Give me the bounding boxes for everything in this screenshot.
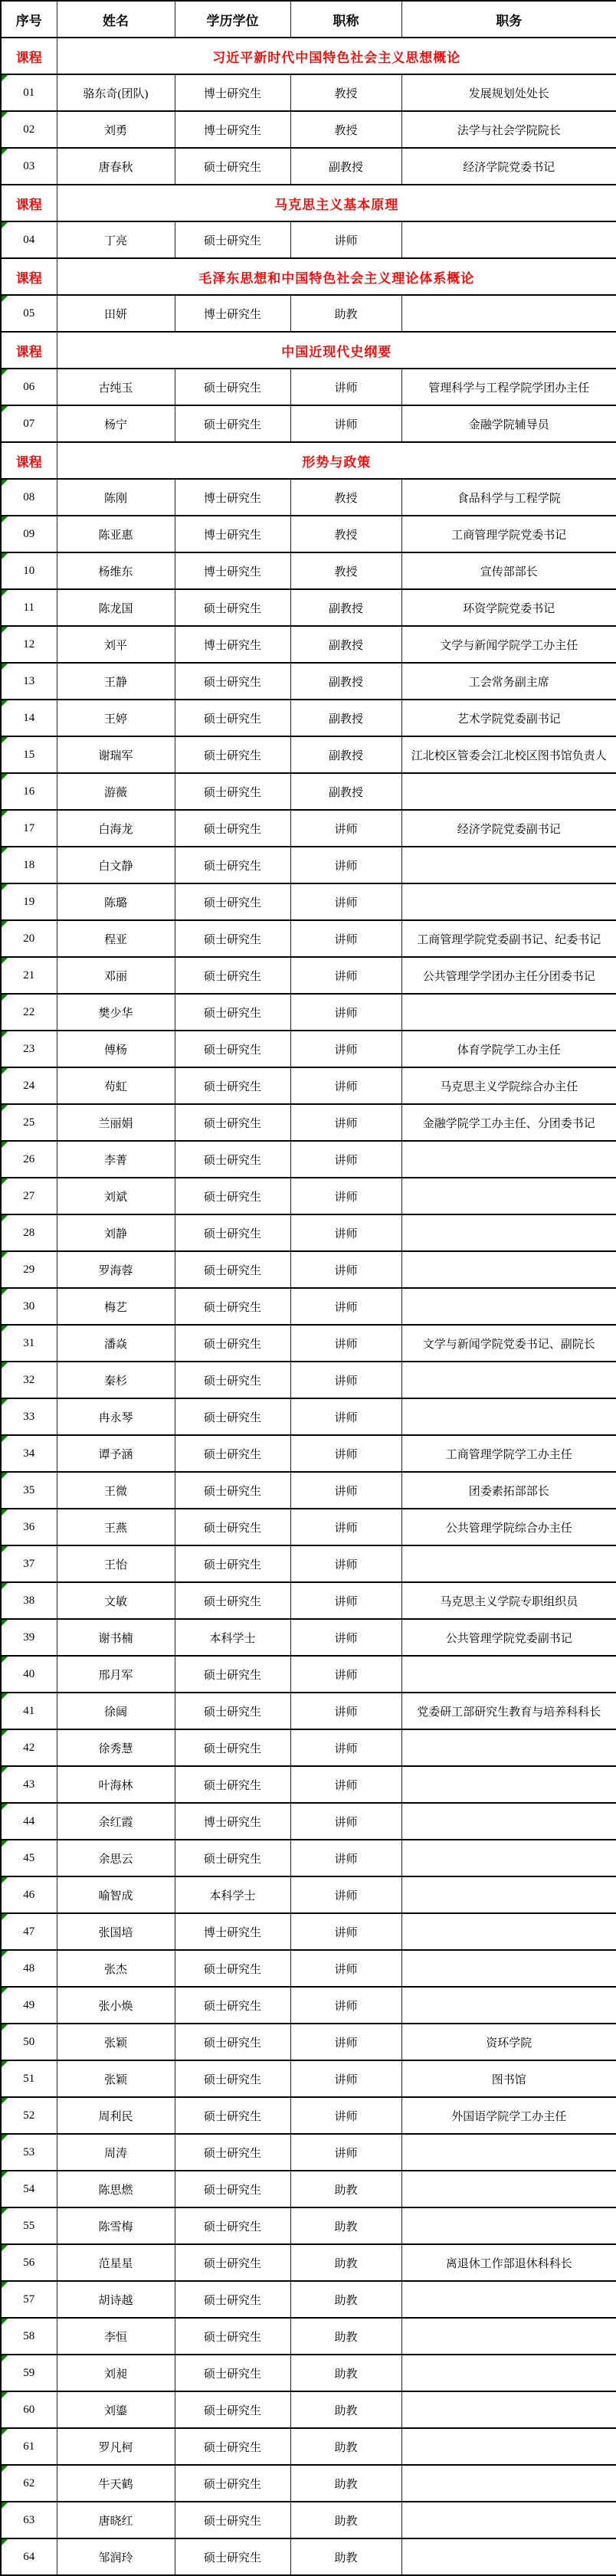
degree-cell: 硕士研究生 <box>175 1288 290 1325</box>
faculty-row: 61罗凡柯硕士研究生助教 <box>1 2428 616 2465</box>
faculty-row: 59刘昶硕士研究生助教 <box>1 2355 616 2391</box>
title-cell: 副教授 <box>290 663 401 700</box>
position-cell <box>401 2538 616 2575</box>
title-cell: 助教 <box>290 2391 401 2428</box>
error-marker-icon <box>2 2098 8 2104</box>
faculty-row: 29罗海蓉硕士研究生讲师 <box>1 1251 616 1288</box>
title-cell: 讲师 <box>290 369 401 405</box>
no-cell: 44 <box>1 1803 57 1840</box>
name-cell: 王静 <box>57 663 175 700</box>
position-cell <box>401 1251 616 1288</box>
faculty-row: 64邹润玲硕士研究生助教 <box>1 2538 616 2575</box>
position-cell <box>401 2391 616 2428</box>
position-cell <box>401 2281 616 2318</box>
faculty-row: 46喻智成本科学士讲师 <box>1 1876 616 1913</box>
title-cell: 副教授 <box>290 736 401 773</box>
name-cell: 兰丽娟 <box>57 1104 175 1141</box>
name-cell: 谢瑞军 <box>57 736 175 773</box>
error-marker-icon <box>2 149 8 155</box>
no-cell: 40 <box>1 1656 57 1693</box>
position-cell: 资环学院 <box>401 2024 616 2060</box>
title-cell: 讲师 <box>290 1913 401 1950</box>
degree-cell: 硕士研究生 <box>175 2391 290 2428</box>
no-cell: 28 <box>1 1214 57 1251</box>
no-cell: 64 <box>1 2538 57 2575</box>
degree-cell: 硕士研究生 <box>175 369 290 405</box>
course-row: 课程中国近现代史纲要 <box>1 332 616 369</box>
position-cell: 金融学院辅导员 <box>401 405 616 442</box>
error-marker-icon <box>2 884 8 890</box>
error-marker-icon <box>2 1657 8 1663</box>
title-cell: 讲师 <box>290 1656 401 1693</box>
error-marker-icon <box>2 1362 8 1368</box>
no-cell: 35 <box>1 1472 57 1509</box>
name-cell: 潘焱 <box>57 1325 175 1362</box>
table-header: 序号 姓名 学历学位 职称 职务 <box>1 1 616 38</box>
no-cell: 33 <box>1 1398 57 1435</box>
faculty-row: 27刘斌硕士研究生讲师 <box>1 1178 616 1214</box>
title-cell: 副教授 <box>290 773 401 810</box>
header-title: 职称 <box>290 1 401 38</box>
position-cell <box>401 1876 616 1913</box>
error-marker-icon <box>2 2429 8 2435</box>
name-cell: 李菁 <box>57 1141 175 1178</box>
faculty-row: 12刘平博士研究生副教授文学与新闻学院学工办主任 <box>1 626 616 663</box>
degree-cell: 硕士研究生 <box>175 2171 290 2207</box>
no-cell: 50 <box>1 2024 57 2060</box>
name-cell: 刘静 <box>57 1214 175 1251</box>
position-cell: 工商管理学院党委书记 <box>401 516 616 552</box>
degree-cell: 硕士研究生 <box>175 1251 290 1288</box>
degree-cell: 博士研究生 <box>175 295 290 332</box>
position-cell <box>401 2428 616 2465</box>
position-cell <box>401 773 616 810</box>
title-cell: 助教 <box>290 2207 401 2244</box>
faculty-row: 36王燕硕士研究生讲师公共管理学院综合办主任 <box>1 1509 616 1545</box>
title-cell: 讲师 <box>290 1582 401 1619</box>
faculty-row: 38文敏硕士研究生讲师马克思主义学院专职组织员 <box>1 1582 616 1619</box>
degree-cell: 硕士研究生 <box>175 2097 290 2134</box>
error-marker-icon <box>2 2135 8 2141</box>
degree-cell: 硕士研究生 <box>175 1178 290 1214</box>
no-cell: 56 <box>1 2244 57 2281</box>
title-cell: 讲师 <box>290 1545 401 1582</box>
title-cell: 讲师 <box>290 1104 401 1141</box>
faculty-row: 23傅杨硕士研究生讲师体育学院学工办主任 <box>1 1031 616 1067</box>
faculty-row: 53周涛硕士研究生讲师 <box>1 2134 616 2171</box>
position-cell <box>401 1987 616 2024</box>
degree-cell: 硕士研究生 <box>175 1693 290 1729</box>
course-row: 课程马克思主义基本原理 <box>1 185 616 221</box>
faculty-row: 45余思云硕士研究生讲师 <box>1 1840 616 1876</box>
title-cell: 讲师 <box>290 221 401 258</box>
degree-cell: 硕士研究生 <box>175 700 290 736</box>
faculty-row: 20程亚硕士研究生讲师工商管理学院党委副书记、纪委书记 <box>1 920 616 957</box>
error-marker-icon <box>2 2355 8 2361</box>
position-cell <box>401 994 616 1031</box>
faculty-row: 01骆东奇(团队)博士研究生教授发展规划处处长 <box>1 74 616 111</box>
no-cell: 48 <box>1 1950 57 1987</box>
title-cell: 助教 <box>290 2355 401 2391</box>
name-cell: 邹润玲 <box>57 2538 175 2575</box>
degree-cell: 硕士研究生 <box>175 1950 290 1987</box>
faculty-row: 55陈雪梅硕士研究生助教 <box>1 2207 616 2244</box>
faculty-row: 24苟虹硕士研究生讲师马克思主义学院综合办主任 <box>1 1067 616 1104</box>
title-cell: 助教 <box>290 2465 401 2502</box>
name-cell: 冉永琴 <box>57 1398 175 1435</box>
degree-cell: 博士研究生 <box>175 1803 290 1840</box>
faculty-row: 41徐阔硕士研究生讲师党委研工部研究生教育与培养科科长 <box>1 1693 616 1729</box>
error-marker-icon <box>2 921 8 927</box>
name-cell: 苟虹 <box>57 1067 175 1104</box>
name-cell: 唐晓红 <box>57 2502 175 2538</box>
name-cell: 谭予涵 <box>57 1435 175 1472</box>
faculty-row: 51张颖硕士研究生讲师图书馆 <box>1 2060 616 2097</box>
name-cell: 秦杉 <box>57 1362 175 1398</box>
position-cell: 工商管理学院党委副书记、纪委书记 <box>401 920 616 957</box>
no-cell: 41 <box>1 1693 57 1729</box>
faculty-row: 30梅艺硕士研究生讲师 <box>1 1288 616 1325</box>
no-cell: 32 <box>1 1362 57 1398</box>
degree-cell: 硕士研究生 <box>175 1509 290 1545</box>
name-cell: 文敏 <box>57 1582 175 1619</box>
title-cell: 助教 <box>290 2318 401 2355</box>
no-cell: 36 <box>1 1509 57 1545</box>
title-cell: 讲师 <box>290 1435 401 1472</box>
error-marker-icon <box>2 1031 8 1037</box>
name-cell: 罗海蓉 <box>57 1251 175 1288</box>
faculty-row: 54陈思燃硕士研究生助教 <box>1 2171 616 2207</box>
name-cell: 杨维东 <box>57 552 175 589</box>
no-cell: 42 <box>1 1729 57 1766</box>
no-cell: 31 <box>1 1325 57 1362</box>
course-title: 马克思主义基本原理 <box>57 185 616 221</box>
error-marker-icon <box>2 1436 8 1442</box>
no-cell: 61 <box>1 2428 57 2465</box>
title-cell: 讲师 <box>290 1803 401 1840</box>
degree-cell: 硕士研究生 <box>175 957 290 994</box>
error-marker-icon <box>2 2319 8 2325</box>
course-row: 课程习近平新时代中国特色社会主义思想概论 <box>1 38 616 74</box>
degree-cell: 硕士研究生 <box>175 148 290 185</box>
degree-cell: 硕士研究生 <box>175 2428 290 2465</box>
position-cell <box>401 2318 616 2355</box>
no-cell: 21 <box>1 957 57 994</box>
faculty-row: 05田妍博士研究生助教 <box>1 295 616 332</box>
no-cell: 04 <box>1 221 57 258</box>
position-cell: 图书馆 <box>401 2060 616 2097</box>
title-cell: 讲师 <box>290 847 401 883</box>
no-cell: 29 <box>1 1251 57 1288</box>
faculty-row: 34谭予涵硕士研究生讲师工商管理学院学工办主任 <box>1 1435 616 1472</box>
error-marker-icon <box>2 2024 8 2030</box>
degree-cell: 硕士研究生 <box>175 1214 290 1251</box>
position-cell <box>401 847 616 883</box>
title-cell: 教授 <box>290 479 401 516</box>
position-cell: 马克思主义学院专职组织员 <box>401 1582 616 1619</box>
position-cell: 马克思主义学院综合办主任 <box>401 1067 616 1104</box>
title-cell: 讲师 <box>290 994 401 1031</box>
error-marker-icon <box>2 1804 8 1810</box>
position-cell <box>401 1729 616 1766</box>
position-cell: 环资学院党委书记 <box>401 589 616 626</box>
faculty-row: 17白海龙硕士研究生讲师经济学院党委副书记 <box>1 810 616 847</box>
course-title: 习近平新时代中国特色社会主义思想概论 <box>57 38 616 74</box>
position-cell <box>401 1950 616 1987</box>
title-cell: 讲师 <box>290 883 401 920</box>
no-cell: 26 <box>1 1141 57 1178</box>
title-cell: 副教授 <box>290 148 401 185</box>
error-marker-icon <box>2 2502 8 2509</box>
no-cell: 46 <box>1 1876 57 1913</box>
error-marker-icon <box>2 2539 8 2545</box>
error-marker-icon <box>2 2392 8 2398</box>
degree-cell: 硕士研究生 <box>175 773 290 810</box>
no-cell: 23 <box>1 1031 57 1067</box>
title-cell: 讲师 <box>290 920 401 957</box>
no-cell: 06 <box>1 369 57 405</box>
title-cell: 教授 <box>290 516 401 552</box>
title-cell: 讲师 <box>290 1987 401 2024</box>
name-cell: 张国培 <box>57 1913 175 1950</box>
error-marker-icon <box>2 1215 8 1221</box>
name-cell: 李恒 <box>57 2318 175 2355</box>
position-cell <box>401 1288 616 1325</box>
degree-cell: 本科学士 <box>175 1876 290 1913</box>
faculty-row: 62牛天鹤硕士研究生助教 <box>1 2465 616 2502</box>
name-cell: 丁亮 <box>57 221 175 258</box>
name-cell: 王燕 <box>57 1509 175 1545</box>
error-marker-icon <box>2 1951 8 1957</box>
faculty-row: 44余红霞博士研究生讲师 <box>1 1803 616 1840</box>
error-marker-icon <box>2 112 8 118</box>
faculty-row: 04丁亮硕士研究生讲师 <box>1 221 616 258</box>
title-cell: 副教授 <box>290 700 401 736</box>
degree-cell: 硕士研究生 <box>175 1472 290 1509</box>
title-cell: 助教 <box>290 2502 401 2538</box>
degree-cell: 硕士研究生 <box>175 221 290 258</box>
course-row: 课程毛泽东思想和中国特色社会主义理论体系概论 <box>1 258 616 295</box>
title-cell: 讲师 <box>290 1619 401 1656</box>
faculty-row: 11陈龙国硕士研究生副教授环资学院党委书记 <box>1 589 616 626</box>
position-cell: 团委素拓部部长 <box>401 1472 616 1509</box>
name-cell: 陈刚 <box>57 479 175 516</box>
title-cell: 讲师 <box>290 2134 401 2171</box>
title-cell: 教授 <box>290 552 401 589</box>
error-marker-icon <box>2 553 8 559</box>
no-cell: 47 <box>1 1913 57 1950</box>
degree-cell: 博士研究生 <box>175 1913 290 1950</box>
error-marker-icon <box>2 1914 8 1920</box>
no-cell: 13 <box>1 663 57 700</box>
error-marker-icon <box>2 2466 8 2472</box>
error-marker-icon <box>2 1730 8 1736</box>
name-cell: 唐春秋 <box>57 148 175 185</box>
error-marker-icon <box>2 1178 8 1185</box>
faculty-table-body: 课程习近平新时代中国特色社会主义思想概论01骆东奇(团队)博士研究生教授发展规划… <box>1 38 616 2575</box>
name-cell: 徐阔 <box>57 1693 175 1729</box>
position-cell <box>401 1178 616 1214</box>
no-cell: 11 <box>1 589 57 626</box>
no-cell: 08 <box>1 479 57 516</box>
error-marker-icon <box>2 627 8 633</box>
degree-cell: 硕士研究生 <box>175 1141 290 1178</box>
error-marker-icon <box>2 1252 8 1258</box>
degree-cell: 硕士研究生 <box>175 405 290 442</box>
faculty-row: 58李恒硕士研究生助教 <box>1 2318 616 2355</box>
name-cell: 游薇 <box>57 773 175 810</box>
degree-cell: 博士研究生 <box>175 516 290 552</box>
faculty-row: 28刘静硕士研究生讲师 <box>1 1214 616 1251</box>
degree-cell: 硕士研究生 <box>175 2244 290 2281</box>
degree-cell: 博士研究生 <box>175 552 290 589</box>
no-cell: 09 <box>1 516 57 552</box>
no-cell: 54 <box>1 2171 57 2207</box>
position-cell: 管理科学与工程学院学团办主任 <box>401 369 616 405</box>
name-cell: 王微 <box>57 1472 175 1509</box>
position-cell <box>401 2502 616 2538</box>
position-cell: 宣传部部长 <box>401 552 616 589</box>
name-cell: 范星星 <box>57 2244 175 2281</box>
degree-cell: 硕士研究生 <box>175 847 290 883</box>
position-cell: 党委研工部研究生教育与培养科科长 <box>401 1693 616 1729</box>
degree-cell: 硕士研究生 <box>175 1582 290 1619</box>
faculty-row: 21邓丽硕士研究生讲师公共管理学学团办主任分团委书记 <box>1 957 616 994</box>
name-cell: 邢月军 <box>57 1656 175 1693</box>
name-cell: 张杰 <box>57 1950 175 1987</box>
name-cell: 程亚 <box>57 920 175 957</box>
degree-cell: 硕士研究生 <box>175 2060 290 2097</box>
faculty-row: 60刘鎏硕士研究生助教 <box>1 2391 616 2428</box>
error-marker-icon <box>2 1693 8 1699</box>
degree-cell: 硕士研究生 <box>175 2134 290 2171</box>
no-cell: 55 <box>1 2207 57 2244</box>
faculty-row: 03唐春秋硕士研究生副教授经济学院党委书记 <box>1 148 616 185</box>
error-marker-icon <box>2 737 8 743</box>
degree-cell: 硕士研究生 <box>175 2281 290 2318</box>
no-cell: 37 <box>1 1545 57 1582</box>
title-cell: 助教 <box>290 2171 401 2207</box>
no-cell: 58 <box>1 2318 57 2355</box>
title-cell: 讲师 <box>290 1067 401 1104</box>
name-cell: 张颖 <box>57 2024 175 2060</box>
position-cell: 文学与新闻学院学工办主任 <box>401 626 616 663</box>
name-cell: 周利民 <box>57 2097 175 2134</box>
name-cell: 徐秀慧 <box>57 1729 175 1766</box>
no-cell: 02 <box>1 111 57 148</box>
name-cell: 古纯玉 <box>57 369 175 405</box>
position-cell: 经济学院党委副书记 <box>401 810 616 847</box>
no-cell: 51 <box>1 2060 57 2097</box>
error-marker-icon <box>2 1142 8 1148</box>
faculty-row: 13王静硕士研究生副教授工会常务副主席 <box>1 663 616 700</box>
error-marker-icon <box>2 2282 8 2288</box>
faculty-row: 25兰丽娟硕士研究生讲师金融学院学工办主任、分团委书记 <box>1 1104 616 1141</box>
error-marker-icon <box>2 1509 8 1516</box>
faculty-row: 33冉永琴硕士研究生讲师 <box>1 1398 616 1435</box>
degree-cell: 硕士研究生 <box>175 1840 290 1876</box>
error-marker-icon <box>2 774 8 780</box>
faculty-row: 15谢瑞军硕士研究生副教授江北校区管委会江北校区图书馆负责人 <box>1 736 616 773</box>
degree-cell: 硕士研究生 <box>175 2502 290 2538</box>
error-marker-icon <box>2 1620 8 1626</box>
name-cell: 刘勇 <box>57 111 175 148</box>
title-cell: 讲师 <box>290 1325 401 1362</box>
header-degree: 学历学位 <box>175 1 290 38</box>
degree-cell: 硕士研究生 <box>175 1435 290 1472</box>
faculty-row: 35王微硕士研究生讲师团委素拓部部长 <box>1 1472 616 1509</box>
title-cell: 讲师 <box>290 1766 401 1803</box>
course-label: 课程 <box>1 332 57 369</box>
error-marker-icon <box>2 958 8 964</box>
degree-cell: 博士研究生 <box>175 74 290 111</box>
no-cell: 15 <box>1 736 57 773</box>
no-cell: 16 <box>1 773 57 810</box>
position-cell <box>401 883 616 920</box>
name-cell: 傅杨 <box>57 1031 175 1067</box>
error-marker-icon <box>2 75 8 81</box>
course-row: 课程形势与政策 <box>1 442 616 479</box>
title-cell: 助教 <box>290 295 401 332</box>
no-cell: 57 <box>1 2281 57 2318</box>
faculty-row: 40邢月军硕士研究生讲师 <box>1 1656 616 1693</box>
degree-cell: 硕士研究生 <box>175 2465 290 2502</box>
no-cell: 49 <box>1 1987 57 2024</box>
name-cell: 白海龙 <box>57 810 175 847</box>
name-cell: 梅艺 <box>57 1288 175 1325</box>
degree-cell: 硕士研究生 <box>175 1729 290 1766</box>
no-cell: 63 <box>1 2502 57 2538</box>
degree-cell: 硕士研究生 <box>175 2024 290 2060</box>
degree-cell: 硕士研究生 <box>175 994 290 1031</box>
faculty-row: 32秦杉硕士研究生讲师 <box>1 1362 616 1398</box>
faculty-row: 63唐晓红硕士研究生助教 <box>1 2502 616 2538</box>
error-marker-icon <box>2 2171 8 2178</box>
position-cell <box>401 295 616 332</box>
faculty-roster-table: 序号 姓名 学历学位 职称 职务 课程习近平新时代中国特色社会主义思想概论01骆… <box>0 0 616 2576</box>
title-cell: 助教 <box>290 2428 401 2465</box>
title-cell: 副教授 <box>290 626 401 663</box>
no-cell: 45 <box>1 1840 57 1876</box>
faculty-row: 09陈亚惠博士研究生教授工商管理学院党委书记 <box>1 516 616 552</box>
degree-cell: 硕士研究生 <box>175 920 290 957</box>
error-marker-icon <box>2 847 8 854</box>
title-cell: 讲师 <box>290 2024 401 2060</box>
position-cell <box>401 2134 616 2171</box>
title-cell: 助教 <box>290 2281 401 2318</box>
error-marker-icon <box>2 1068 8 1074</box>
course-label: 课程 <box>1 258 57 295</box>
no-cell: 18 <box>1 847 57 883</box>
title-cell: 讲师 <box>290 1840 401 1876</box>
faculty-row: 14王婷硕士研究生副教授艺术学院党委副书记 <box>1 700 616 736</box>
degree-cell: 博士研究生 <box>175 626 290 663</box>
degree-cell: 硕士研究生 <box>175 589 290 626</box>
degree-cell: 硕士研究生 <box>175 1362 290 1398</box>
name-cell: 谢书楠 <box>57 1619 175 1656</box>
title-cell: 讲师 <box>290 1031 401 1067</box>
faculty-row: 07杨宁硕士研究生讲师金融学院辅导员 <box>1 405 616 442</box>
error-marker-icon <box>2 1546 8 1552</box>
error-marker-icon <box>2 811 8 817</box>
position-cell: 发展规划处处长 <box>401 74 616 111</box>
position-cell <box>401 2355 616 2391</box>
degree-cell: 本科学士 <box>175 1619 290 1656</box>
name-cell: 张小焕 <box>57 1987 175 2024</box>
position-cell <box>401 1214 616 1251</box>
faculty-row: 56范星星硕士研究生助教离退休工作部退休科科长 <box>1 2244 616 2281</box>
error-marker-icon <box>2 1767 8 1773</box>
